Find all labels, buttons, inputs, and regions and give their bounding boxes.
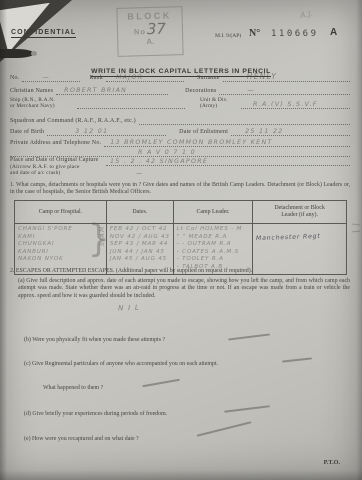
mi-reference: M.I. 9/(AP) bbox=[215, 33, 241, 39]
question-1-text: 1. What camps, detachments or hospitals … bbox=[10, 182, 350, 197]
date-of-enlistment-value: 25 11 22 bbox=[245, 128, 283, 135]
question-2a-answer[interactable]: N I L bbox=[118, 304, 140, 313]
ship-field[interactable] bbox=[77, 99, 185, 109]
corner-pencil-scribble: A.J. bbox=[299, 9, 314, 21]
row-squadron: Squadron and Command (R.A.F., R.A.A.F., … bbox=[10, 115, 350, 125]
detachment-column-entries[interactable]: Manchester Regt bbox=[253, 224, 347, 275]
camps-table-header-row: Camp or Hospital. Dates. Camp Leader. De… bbox=[15, 201, 347, 224]
scanned-pow-questionnaire-page: CONFIDENTIAL BLOCK No37 A. A.J. M.I. 9/(… bbox=[0, 0, 362, 480]
no-field[interactable]: — bbox=[22, 72, 80, 82]
date-of-birth-label: Date of Birth bbox=[10, 129, 44, 136]
telephone-value: R A V 0 7 1 0 bbox=[138, 149, 196, 156]
ink-annotation: Manchester Regt bbox=[256, 233, 321, 243]
margin-pencil-mark bbox=[352, 231, 360, 233]
christian-names-label: Christian Names bbox=[10, 88, 53, 95]
date-of-enlistment-field[interactable]: 25 11 22 bbox=[231, 126, 350, 136]
squadron-field[interactable] bbox=[139, 115, 350, 125]
question-2d-text: (d) Give briefly your experiences during… bbox=[24, 411, 350, 418]
pencil-object bbox=[0, 49, 34, 58]
grade-letter: A bbox=[330, 27, 337, 38]
row-address: Private Address and Telephone No. 13 BRO… bbox=[10, 137, 350, 147]
col-detachment-leader: Detachment or Block Leader (if any). bbox=[253, 201, 347, 224]
unit-div-label: Unit & Div. (Army) bbox=[200, 97, 238, 109]
stamp-a-letter: A. bbox=[118, 36, 182, 47]
address-label: Private Address and Telephone No. bbox=[10, 140, 101, 147]
number-symbol: N° bbox=[249, 28, 260, 39]
rank-label: Rank bbox=[89, 75, 102, 82]
decorations-field[interactable]: — bbox=[219, 85, 350, 95]
decorations-value: — bbox=[247, 87, 255, 94]
decorations-label: Decorations bbox=[185, 88, 216, 95]
serial-number: 110669 bbox=[271, 29, 319, 39]
no-value: — bbox=[42, 74, 50, 81]
col-camp-leader: Camp Leader. bbox=[173, 201, 252, 224]
unit-div-field[interactable]: R.A.(V) S.S.V.F bbox=[241, 99, 350, 109]
row-dob-enlistment: Date of Birth 3 12 01 Date of Enlistment… bbox=[10, 126, 350, 136]
rank-value: MAJOR bbox=[116, 74, 143, 81]
date-of-birth-value: 3 12 01 bbox=[75, 128, 108, 135]
unit-div-value: R.A.(V) S.S.V.F bbox=[253, 101, 318, 108]
christian-names-field[interactable]: ROBERT BRIAN bbox=[56, 85, 168, 95]
capture-field[interactable]: 15 . 2 . 42 SINGAPORE bbox=[106, 156, 350, 166]
row-ship-unit: Ship (R.N., R.A.N. or Merchant Navy) Uni… bbox=[10, 97, 350, 109]
camps-table: Camp or Hospital. Dates. Camp Leader. De… bbox=[14, 200, 347, 275]
confidential-marking: CONFIDENTIAL bbox=[11, 29, 76, 38]
rank-field[interactable]: MAJOR bbox=[106, 72, 184, 82]
capture-dash-mark: — bbox=[136, 170, 144, 177]
question-2c2-text: What happened to them ? bbox=[43, 385, 350, 392]
capture-label: Place and Date of Original Capture (Airc… bbox=[10, 157, 102, 176]
dates-column-entries[interactable]: FEB 42 / OCT 42 NOV 42 / AUG 43 SEP 43 /… bbox=[106, 224, 173, 275]
capture-value: 15 . 2 . 42 SINGAPORE bbox=[110, 158, 208, 165]
question-2b-text: (b) Were you physically fit when you mad… bbox=[24, 337, 350, 344]
pto-note: P.T.O. bbox=[324, 459, 340, 466]
address-field[interactable]: 13 BROMLEY COMMON BROMLEY KENT bbox=[104, 137, 350, 147]
ship-label: Ship (R.N., R.A.N. or Merchant Navy) bbox=[10, 97, 74, 109]
surname-label: Surname bbox=[197, 75, 220, 82]
row-no-rank-surname: No. — Rank MAJOR Surname HENLY bbox=[10, 72, 350, 82]
date-of-birth-field[interactable]: 3 12 01 bbox=[47, 126, 166, 136]
row-christian-decorations: Christian Names ROBERT BRIAN Decorations… bbox=[10, 85, 350, 95]
question-2c-text: (c) Give Regimental particulars of anyon… bbox=[24, 361, 350, 368]
leader-column-entries[interactable]: Lt Col HOLMES - M " " MEADE R.A - - OUTR… bbox=[173, 224, 252, 275]
pencil-dash-e bbox=[197, 421, 252, 436]
margin-pencil-mark bbox=[352, 223, 360, 225]
camps-table-body-row: CHANGI S'PORE KAMI CHUNGKAI KANBURI NAKO… bbox=[15, 224, 347, 275]
no-label: No. bbox=[10, 75, 19, 82]
surname-value: HENLY bbox=[247, 72, 278, 81]
stamp-handwritten-number: 37 bbox=[147, 20, 167, 38]
surname-field[interactable]: HENLY bbox=[223, 72, 350, 82]
question-2e-text: (e) How were you recaptured and on what … bbox=[24, 436, 350, 443]
address-value: 13 BROMLEY COMMON BROMLEY KENT bbox=[110, 139, 272, 146]
capture-field-row: 15 . 2 . 42 SINGAPORE bbox=[106, 156, 350, 166]
col-dates: Dates. bbox=[106, 201, 173, 224]
question-2a-text: (a) Give full description and approx. da… bbox=[18, 278, 350, 300]
question-2-heading: 2. ESCAPES OR ATTEMPTED ESCAPES. (Additi… bbox=[10, 268, 350, 275]
squadron-label: Squadron and Command (R.A.F., R.A.A.F., … bbox=[10, 118, 136, 125]
camps-region-note: SIAM bbox=[99, 225, 106, 246]
stamp-no-prefix: No bbox=[134, 27, 146, 36]
date-of-enlistment-label: Date of Enlistment bbox=[179, 129, 228, 136]
christian-names-value: ROBERT BRIAN bbox=[64, 87, 127, 94]
block-number-stamp: BLOCK No37 A. bbox=[116, 6, 183, 57]
